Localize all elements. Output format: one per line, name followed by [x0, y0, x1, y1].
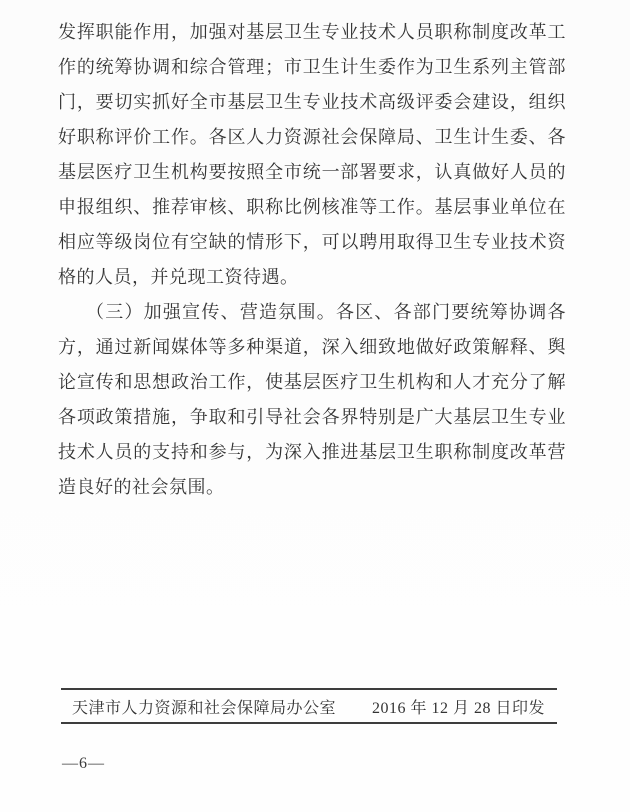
page-number: —6— [62, 755, 105, 773]
text-line: 造良好的社会氛围。 [58, 470, 566, 505]
text-line: 申报组织、推荐审核、职称比例核准等工作。基层事业单位在 [58, 190, 566, 225]
text-line: 各项政策措施，争取和引导社会各界特别是广大基层卫生专业 [58, 400, 566, 435]
text-line: 发挥职能作用，加强对基层卫生专业技术人员职称制度改革工 [58, 15, 566, 50]
text-line: 门，要切实抓好全市基层卫生专业技术高级评委会建设，组织 [58, 85, 566, 120]
body-text: 发挥职能作用，加强对基层卫生专业技术人员职称制度改革工作的统筹协调和综合管理；市… [58, 15, 566, 505]
text-line: 基层医疗卫生机构要按照全市统一部署要求，认真做好人员的 [58, 155, 566, 190]
paragraph: （三）加强宣传、营造氛围。各区、各部门要统筹协调各方，通过新闻媒体等多种渠道，深… [58, 295, 566, 505]
issuing-office: 天津市人力资源和社会保障局办公室 [72, 695, 336, 718]
text-line: 作的统筹协调和综合管理；市卫生计生委作为卫生系列主管部 [58, 50, 566, 85]
print-date: 2016 年 12 月 28 日印发 [372, 695, 545, 718]
text-line: 论宣传和思想政治工作，使基层医疗卫生机构和人才充分了解 [58, 365, 566, 400]
text-line: 相应等级岗位有空缺的情形下，可以聘用取得卫生专业技术资 [58, 225, 566, 260]
document-page: 发挥职能作用，加强对基层卫生专业技术人员职称制度改革工作的统筹协调和综合管理；市… [0, 0, 630, 812]
colophon-footer: 天津市人力资源和社会保障局办公室 2016 年 12 月 28 日印发 [61, 688, 557, 724]
paragraph: 发挥职能作用，加强对基层卫生专业技术人员职称制度改革工作的统筹协调和综合管理；市… [58, 15, 566, 295]
text-line: 格的人员，并兑现工资待遇。 [58, 260, 566, 295]
text-line: 方，通过新闻媒体等多种渠道，深入细致地做好政策解释、舆 [58, 330, 566, 365]
text-line: 技术人员的支持和参与，为深入推进基层卫生职称制度改革营 [58, 435, 566, 470]
text-line: （三）加强宣传、营造氛围。各区、各部门要统筹协调各 [58, 295, 566, 330]
text-line: 好职称评价工作。各区人力资源社会保障局、卫生计生委、各 [58, 120, 566, 155]
